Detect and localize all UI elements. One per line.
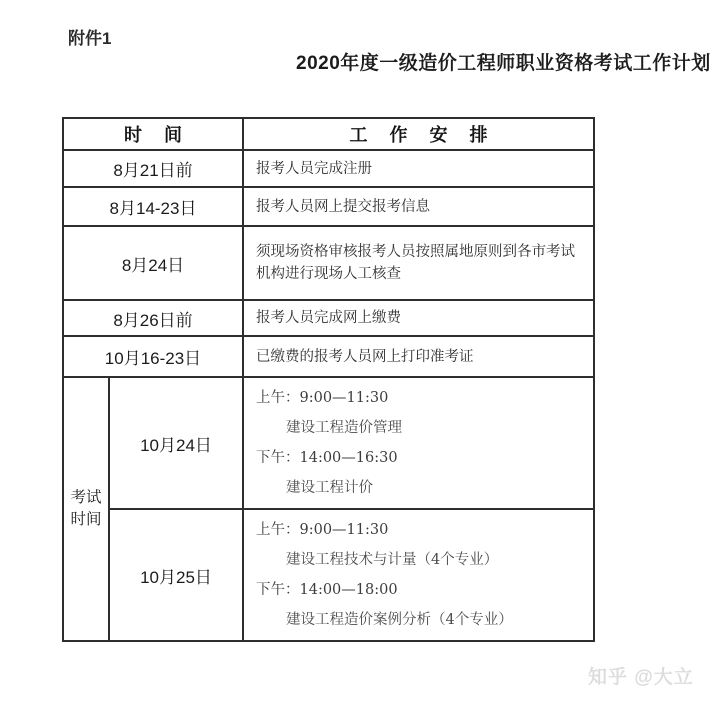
- header-time: 时间: [63, 118, 243, 150]
- work-cell: 报考人员完成注册: [243, 150, 594, 187]
- table-row: 8月14-23日 报考人员网上提交报考信息: [63, 187, 594, 226]
- exam-session-time: 下午：14:00—16:30: [256, 448, 587, 468]
- exam-date-cell: 10月25日: [109, 509, 243, 641]
- time-cell: 8月24日: [63, 226, 243, 300]
- exam-schedule-table: 时间 工作安排 8月21日前 报考人员完成注册 8月14-23日 报考人员网上提…: [62, 117, 595, 642]
- header-work: 工作安排: [243, 118, 594, 150]
- exam-session-time: 上午：9:00—11:30: [256, 388, 587, 408]
- time-cell: 10月16-23日: [63, 336, 243, 377]
- exam-session-time: 上午：9:00—11:30: [256, 520, 587, 540]
- document-page: 附件1 2020年度一级造价工程师职业资格考试工作计划 时间 工作安排 8月21…: [0, 0, 720, 707]
- table-row: 8月24日 须现场资格审核报考人员按照属地原则到各市考试机构进行现场人工核查: [63, 226, 594, 300]
- work-cell: 已缴费的报考人员网上打印准考证: [243, 336, 594, 377]
- time-cell: 8月26日前: [63, 300, 243, 336]
- zhihu-watermark: 知乎 @大立: [588, 662, 694, 689]
- work-cell: 报考人员网上提交报考信息: [243, 187, 594, 226]
- exam-date-cell: 10月24日: [109, 377, 243, 509]
- exam-time-label: 考试时间: [63, 377, 109, 641]
- exam-day-row: 10月25日 上午：9:00—11:30 建设工程技术与计量（4个专业） 下午：…: [63, 509, 594, 641]
- exam-subject: 建设工程造价案例分析（4个专业）: [256, 610, 587, 630]
- table-row: 10月16-23日 已缴费的报考人员网上打印准考证: [63, 336, 594, 377]
- work-cell: 报考人员完成网上缴费: [243, 300, 594, 336]
- time-cell: 8月14-23日: [63, 187, 243, 226]
- attachment-label: 附件1: [68, 24, 111, 49]
- exam-subject: 建设工程计价: [256, 478, 587, 498]
- exam-schedule-cell: 上午：9:00—11:30 建设工程技术与计量（4个专业） 下午：14:00—1…: [243, 509, 594, 641]
- exam-day-row: 考试时间 10月24日 上午：9:00—11:30 建设工程造价管理 下午：14…: [63, 377, 594, 509]
- table-row: 8月21日前 报考人员完成注册: [63, 150, 594, 187]
- exam-subject: 建设工程技术与计量（4个专业）: [256, 550, 587, 570]
- exam-subject: 建设工程造价管理: [256, 418, 587, 438]
- work-cell: 须现场资格审核报考人员按照属地原则到各市考试机构进行现场人工核查: [243, 226, 594, 300]
- time-cell: 8月21日前: [63, 150, 243, 187]
- table-row: 8月26日前 报考人员完成网上缴费: [63, 300, 594, 336]
- table-header-row: 时间 工作安排: [63, 118, 594, 150]
- exam-session-time: 下午：14:00—18:00: [256, 580, 587, 600]
- exam-schedule-cell: 上午：9:00—11:30 建设工程造价管理 下午：14:00—16:30 建设…: [243, 377, 594, 509]
- page-title: 2020年度一级造价工程师职业资格考试工作计划: [296, 48, 711, 75]
